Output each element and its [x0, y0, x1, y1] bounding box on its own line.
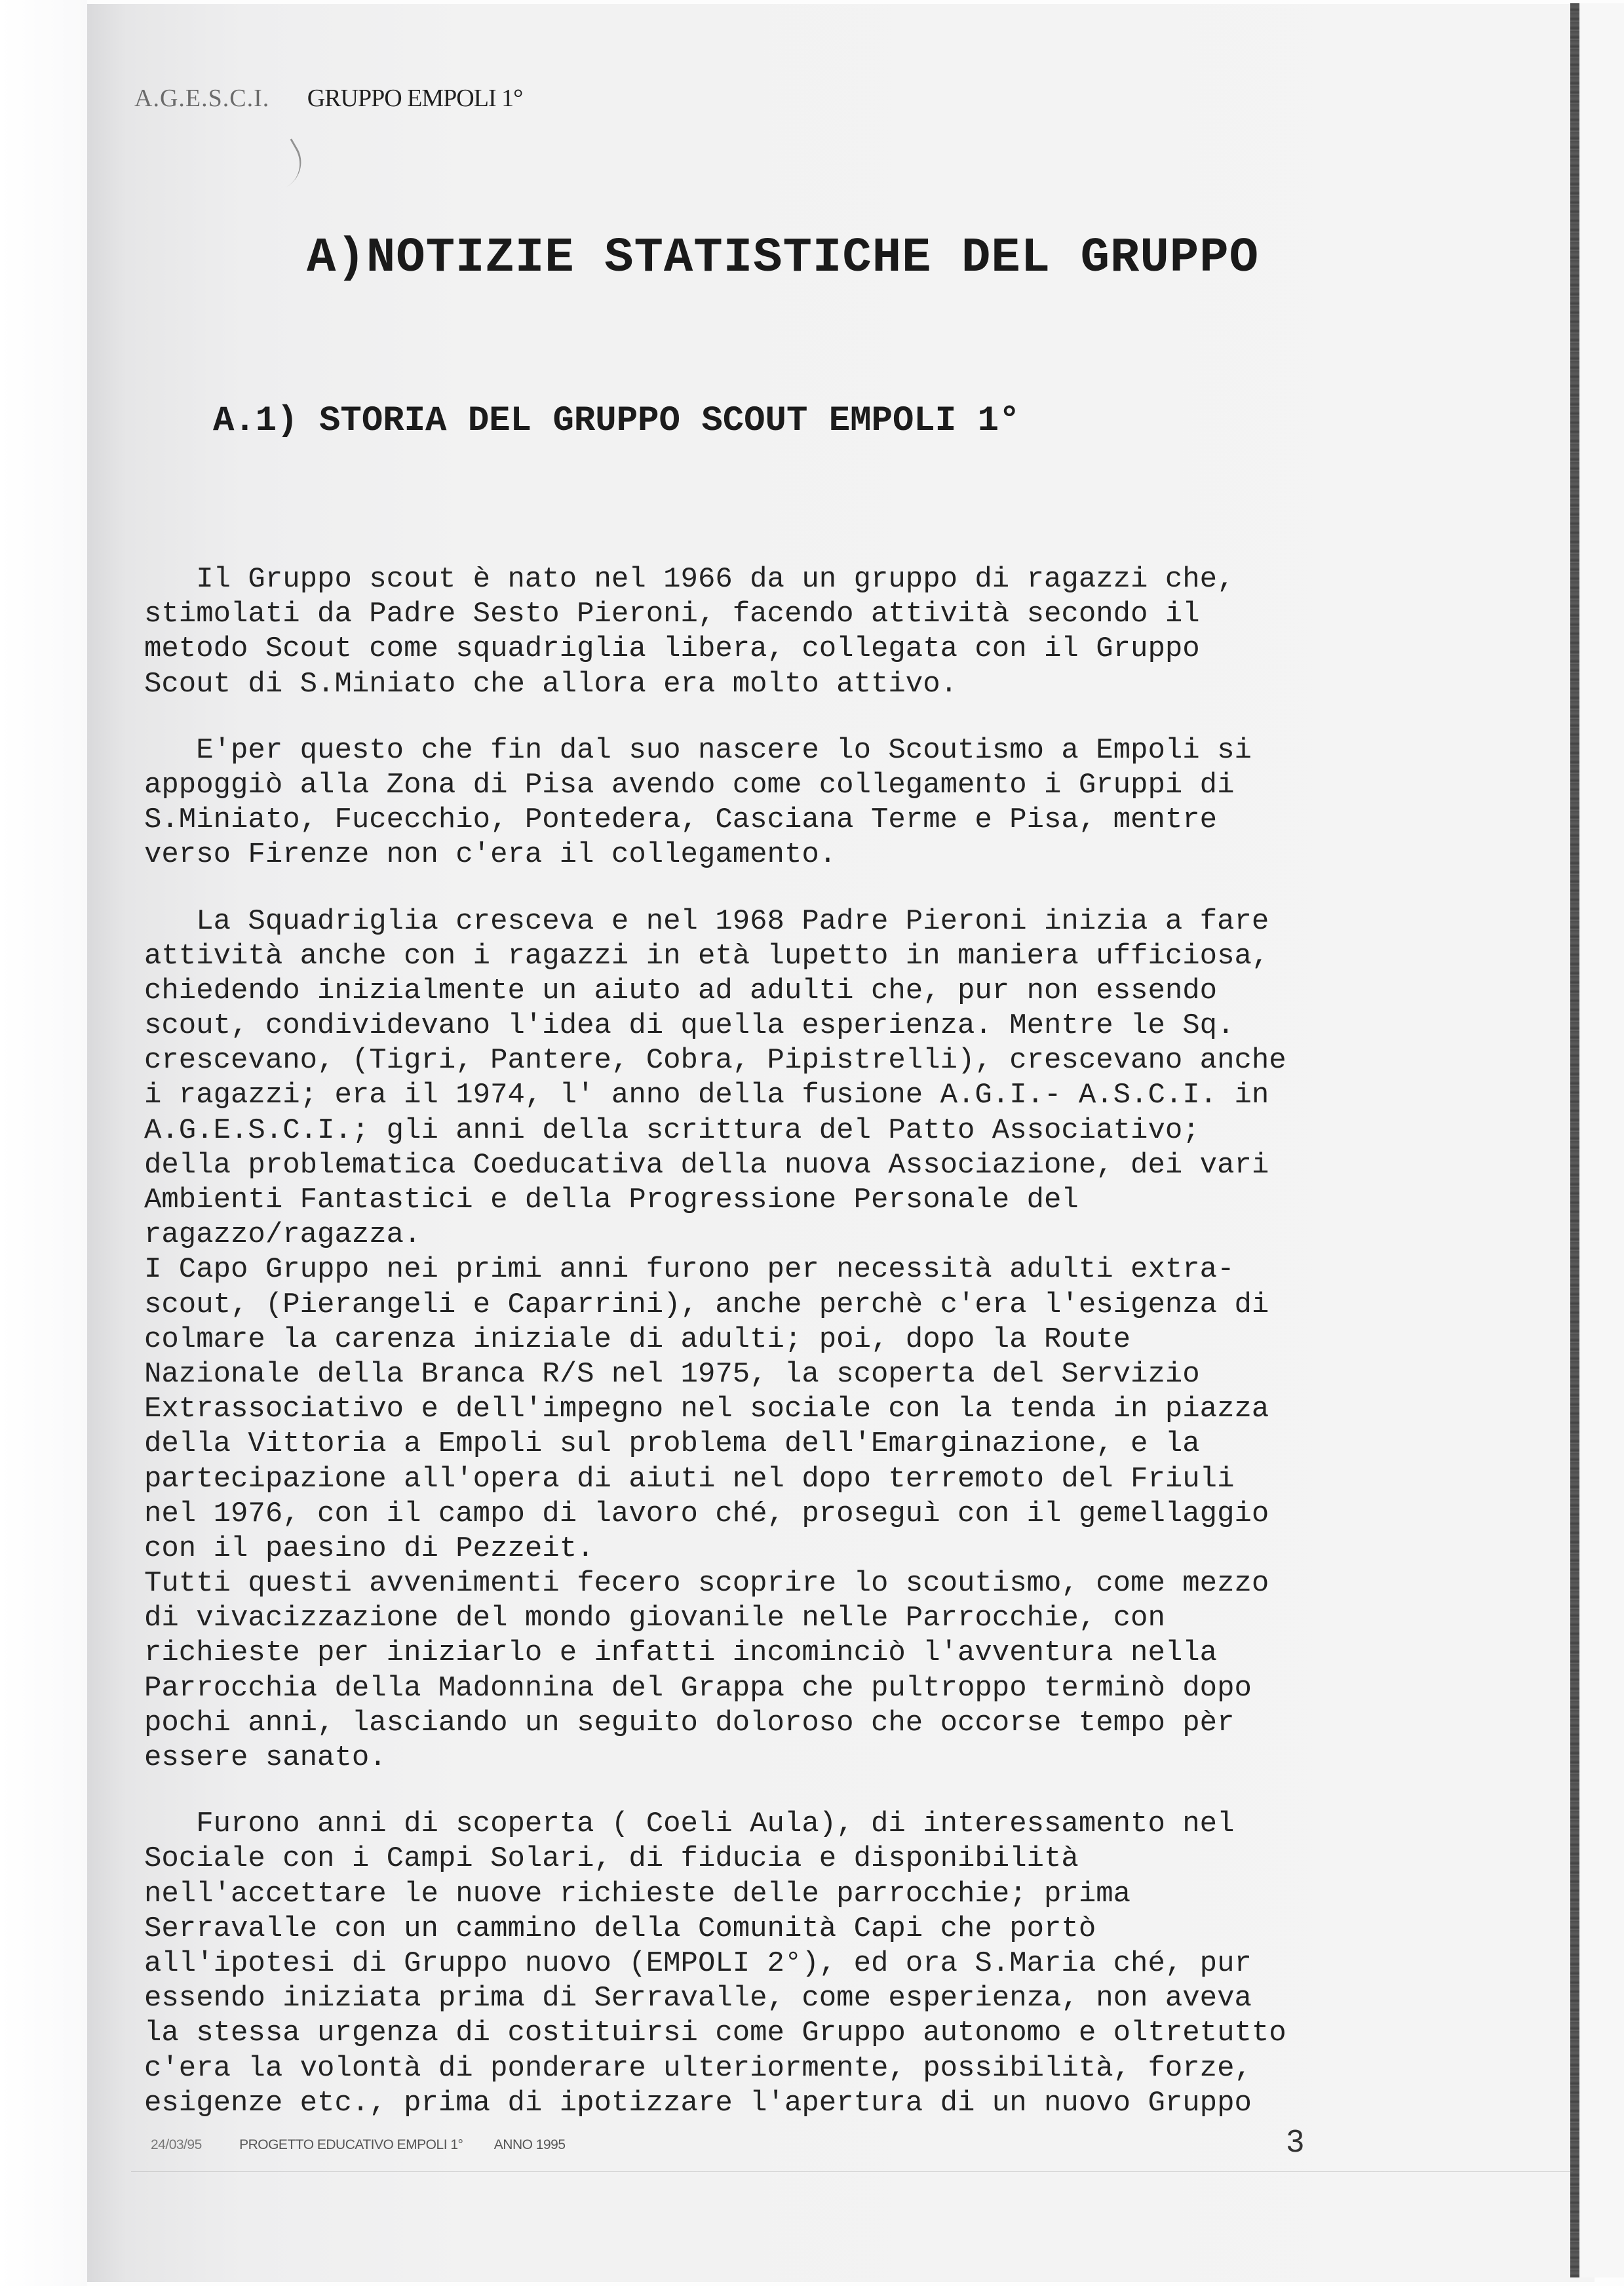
paragraph-gap — [144, 1775, 1286, 1807]
scan-right-margin — [1579, 3, 1624, 2277]
text-line: nell'accettare le nuove richieste delle … — [144, 1877, 1286, 1912]
page-number: 3 — [1286, 2123, 1304, 2160]
page-header: A.G.E.S.C.I. GRUPPO EMPOLI 1° — [134, 84, 522, 113]
text-line: pochi anni, lasciando un seguito doloros… — [144, 1706, 1286, 1741]
main-title: A)NOTIZIE STATISTICHE DEL GRUPPO — [307, 231, 1259, 286]
text-line: partecipazione all'opera di aiuti nel do… — [144, 1462, 1286, 1497]
page-footer: 24/03/95 PROGETTO EDUCATIVO EMPOLI 1° AN… — [151, 2137, 566, 2153]
organization-name: A.G.E.S.C.I. — [134, 85, 269, 112]
footer-date: 24/03/95 — [151, 2137, 202, 2152]
text-line: A.G.E.S.C.I.; gli anni della scrittura d… — [144, 1114, 1286, 1148]
text-line: della problematica Coeducativa della nuo… — [144, 1148, 1286, 1183]
text-line: I Capo Gruppo nei primi anni furono per … — [144, 1252, 1286, 1287]
footer-rule — [131, 2171, 1573, 2172]
paragraph-gap — [144, 702, 1286, 733]
text-line: La Squadriglia cresceva e nel 1968 Padre… — [144, 904, 1286, 939]
text-line: attività anche con i ragazzi in età lupe… — [144, 939, 1286, 974]
text-line: richieste per iniziarlo e infatti incomi… — [144, 1636, 1286, 1671]
text-line: Il Gruppo scout è nato nel 1966 da un gr… — [144, 562, 1286, 597]
text-line: colmare la carenza iniziale di adulti; p… — [144, 1323, 1286, 1357]
text-line: appoggiò alla Zona di Pisa avendo come c… — [144, 768, 1286, 803]
text-line: Extrassociativo e dell'impegno nel socia… — [144, 1392, 1286, 1427]
paragraph: La Squadriglia cresceva e nel 1968 Padre… — [144, 904, 1286, 1776]
section-title: A.1) STORIA DEL GRUPPO SCOUT EMPOLI 1° — [213, 401, 1020, 441]
text-line: Ambienti Fantastici e della Progressione… — [144, 1183, 1286, 1218]
text-line: esigenze etc., prima di ipotizzare l'ape… — [144, 2086, 1286, 2121]
paragraph: Furono anni di scoperta ( Coeli Aula), d… — [144, 1807, 1286, 2121]
text-line: Parrocchia della Madonnina del Grappa ch… — [144, 1671, 1286, 1706]
text-line: la stessa urgenza di costituirsi come Gr… — [144, 2016, 1286, 2051]
text-line: verso Firenze non c'era il collegamento. — [144, 838, 1286, 872]
text-line: stimolati da Padre Sesto Pieroni, facend… — [144, 597, 1286, 632]
group-name: GRUPPO EMPOLI 1° — [307, 85, 523, 112]
paragraph-gap — [144, 873, 1286, 904]
paragraph: Il Gruppo scout è nato nel 1966 da un gr… — [144, 562, 1286, 702]
text-line: metodo Scout come squadriglia libera, co… — [144, 632, 1286, 667]
text-line: E'per questo che fin dal suo nascere lo … — [144, 733, 1286, 768]
scan-edge-bar — [1570, 3, 1579, 2277]
text-line: crescevano, (Tigri, Pantere, Cobra, Pipi… — [144, 1043, 1286, 1078]
text-line: c'era la volontà di ponderare ulteriorme… — [144, 2051, 1286, 2086]
text-line: nel 1976, con il campo di lavoro ché, pr… — [144, 1497, 1286, 1532]
text-line: Serravalle con un cammino della Comunità… — [144, 1912, 1286, 1947]
scan-left-margin — [0, 0, 87, 2286]
text-line: della Vittoria a Empoli sul problema del… — [144, 1427, 1286, 1462]
text-line: scout, (Pierangeli e Caparrini), anche p… — [144, 1288, 1286, 1323]
text-line: i ragazzi; era il 1974, l' anno della fu… — [144, 1078, 1286, 1113]
footer-year: ANNO 1995 — [494, 2137, 566, 2152]
text-line: con il paesino di Pezzeit. — [144, 1532, 1286, 1566]
text-line: chiedendo inizialmente un aiuto ad adult… — [144, 974, 1286, 1009]
text-line: essendo iniziata prima di Serravalle, co… — [144, 1981, 1286, 2016]
text-line: Nazionale della Branca R/S nel 1975, la … — [144, 1357, 1286, 1392]
document-body: Il Gruppo scout è nato nel 1966 da un gr… — [144, 562, 1286, 2121]
text-line: scout, condividevano l'idea di quella es… — [144, 1009, 1286, 1043]
text-line: Sociale con i Campi Solari, di fiducia e… — [144, 1842, 1286, 1876]
text-line: S.Miniato, Fucecchio, Pontedera, Cascian… — [144, 803, 1286, 838]
text-line: Scout di S.Miniato che allora era molto … — [144, 667, 1286, 702]
paragraph: E'per questo che fin dal suo nascere lo … — [144, 733, 1286, 873]
text-line: Tutti questi avvenimenti fecero scoprire… — [144, 1566, 1286, 1601]
text-line: Furono anni di scoperta ( Coeli Aula), d… — [144, 1807, 1286, 1842]
text-line: di vivacizzazione del mondo giovanile ne… — [144, 1601, 1286, 1636]
text-line: all'ipotesi di Gruppo nuovo (EMPOLI 2°),… — [144, 1947, 1286, 1981]
text-line: ragazzo/ragazza. — [144, 1218, 1286, 1252]
text-line: essere sanato. — [144, 1741, 1286, 1775]
footer-document-title: PROGETTO EDUCATIVO EMPOLI 1° — [239, 2137, 463, 2152]
